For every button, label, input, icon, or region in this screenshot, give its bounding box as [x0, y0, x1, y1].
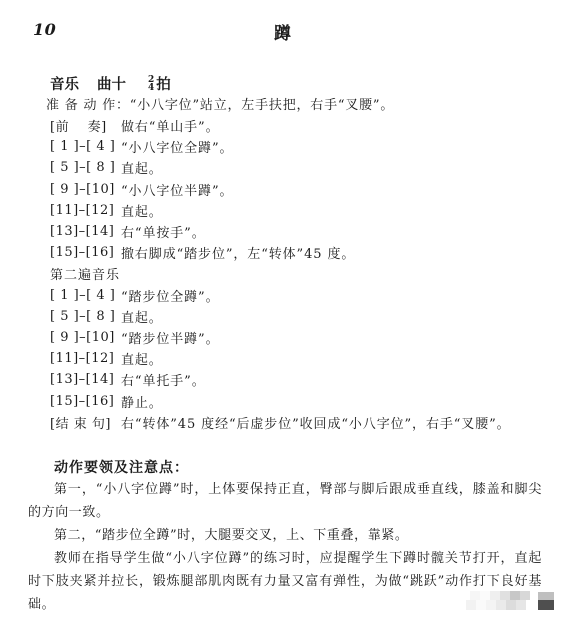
page-title: 蹲: [0, 19, 566, 44]
score-row: [13]–[14] 右“单按手”。: [50, 221, 542, 242]
notes-paragraph: 第一，“小八字位蹲”时，上体要保持正直，臀部与脚后跟成垂直线，膝盖和脚尖的方向一…: [28, 478, 542, 524]
score-row-text: 右“单托手”。: [121, 370, 206, 389]
score-row: [15]–[16] 静止。: [50, 390, 542, 411]
page-content: 音乐 曲十 2 4 拍 准 备 动 作：“小八字位”站立，左手扶把，右手“叉腰”…: [28, 74, 542, 616]
score-row-label: [15]–[16]: [50, 394, 121, 409]
score-row-text: “踏步位全蹲”。: [121, 286, 220, 305]
score-row-label: [前 奏]: [50, 116, 121, 135]
score-row-label: [15]–[16]: [50, 245, 121, 260]
score-row: [ 1 ]–[ 4 ] “踏步位全蹲”。: [50, 285, 542, 306]
score-row-text: 右“转体”45 度经“后虚步位”收回成“小八字位”，右手“叉腰”。: [121, 413, 511, 432]
score-row: [13]–[14] 右“单托手”。: [50, 369, 542, 390]
score-row: [ 5 ]–[ 8 ] 直起。: [50, 306, 542, 327]
score-row-label: [13]–[14]: [50, 372, 121, 387]
score-row-label: [11]–[12]: [50, 203, 121, 218]
score-row: [ 1 ]–[ 4 ] “小八字位全蹲”。: [50, 136, 542, 157]
score-row-text: 直起。: [121, 349, 163, 368]
score-row: [11]–[12] 直起。: [50, 348, 542, 369]
preparation-line: 准 备 动 作：“小八字位”站立，左手扶把，右手“叉腰”。: [46, 97, 542, 115]
score-row-label: [13]–[14]: [50, 224, 121, 239]
score-row-text: 直起。: [121, 201, 163, 220]
notes-paragraph: 教师在指导学生做“小八字位蹲”的练习时，应提醒学生下蹲时髋关节打开，直起时下肢夹…: [28, 547, 542, 616]
document-page: 10 蹲 音乐 曲十 2 4 拍 准 备 动 作：“小八字位”站立，左手扶把，右…: [0, 0, 566, 625]
score-row: [11]–[12] 直起。: [50, 200, 542, 221]
score-row-label: [ 9 ]–[10]: [50, 330, 121, 345]
score-row-label: [ 9 ]–[10]: [50, 182, 121, 197]
score-row-text: 直起。: [121, 158, 163, 177]
time-denominator: 4: [148, 84, 154, 92]
time-signature: 2 4: [148, 76, 154, 92]
score-row-label: [结 束 句]: [50, 413, 121, 432]
score-row-label: [11]–[12]: [50, 351, 121, 366]
score-row-text: 静止。: [121, 392, 163, 411]
score-row-label: [ 1 ]–[ 4 ]: [50, 288, 121, 303]
notes-paragraph: 第二，“踏步位全蹲”时，大腿要交叉，上、下重叠，靠紧。: [28, 524, 542, 547]
score-row-text: 右“单按手”。: [121, 222, 206, 241]
music-label: 音乐: [50, 73, 79, 94]
beat-label: 拍: [156, 73, 171, 94]
score-row-text: “小八字位半蹲”。: [121, 180, 233, 199]
second-pass-heading-text: 第二遍音乐: [50, 264, 120, 283]
score-row-label: [ 5 ]–[ 8 ]: [50, 160, 121, 175]
score-list: [前 奏] 做右“单山手”。 [ 1 ]–[ 4 ] “小八字位全蹲”。 [ 5…: [28, 115, 542, 433]
score-row: [前 奏] 做右“单山手”。: [50, 115, 542, 136]
score-row-text: 直起。: [121, 307, 163, 326]
notes-heading: 动作要领及注意点：: [54, 458, 542, 478]
score-row-text: “踏步位半蹲”。: [121, 328, 220, 347]
page-header: 10 蹲: [0, 16, 566, 50]
score-row: [ 9 ]–[10] “小八字位半蹲”。: [50, 179, 542, 200]
score-row: [结 束 句] 右“转体”45 度经“后虚步位”收回成“小八字位”，右手“叉腰”…: [50, 412, 542, 433]
score-row-label: [ 1 ]–[ 4 ]: [50, 139, 121, 154]
score-row-text: 撤右脚成“踏步位”，左“转体”45 度。: [121, 243, 355, 262]
music-heading: 音乐 曲十 2 4 拍: [50, 74, 542, 93]
score-row: [ 9 ]–[10] “踏步位半蹲”。: [50, 327, 542, 348]
music-piece: 曲十: [97, 73, 126, 94]
score-row-label: [ 5 ]–[ 8 ]: [50, 309, 121, 324]
score-row: [15]–[16] 撤右脚成“踏步位”，左“转体”45 度。: [50, 242, 542, 263]
score-row-text: “小八字位全蹲”。: [121, 137, 233, 156]
second-pass-heading: 第二遍音乐: [50, 263, 542, 284]
score-row-text: 做右“单山手”。: [121, 116, 220, 135]
score-row: [ 5 ]–[ 8 ] 直起。: [50, 157, 542, 178]
